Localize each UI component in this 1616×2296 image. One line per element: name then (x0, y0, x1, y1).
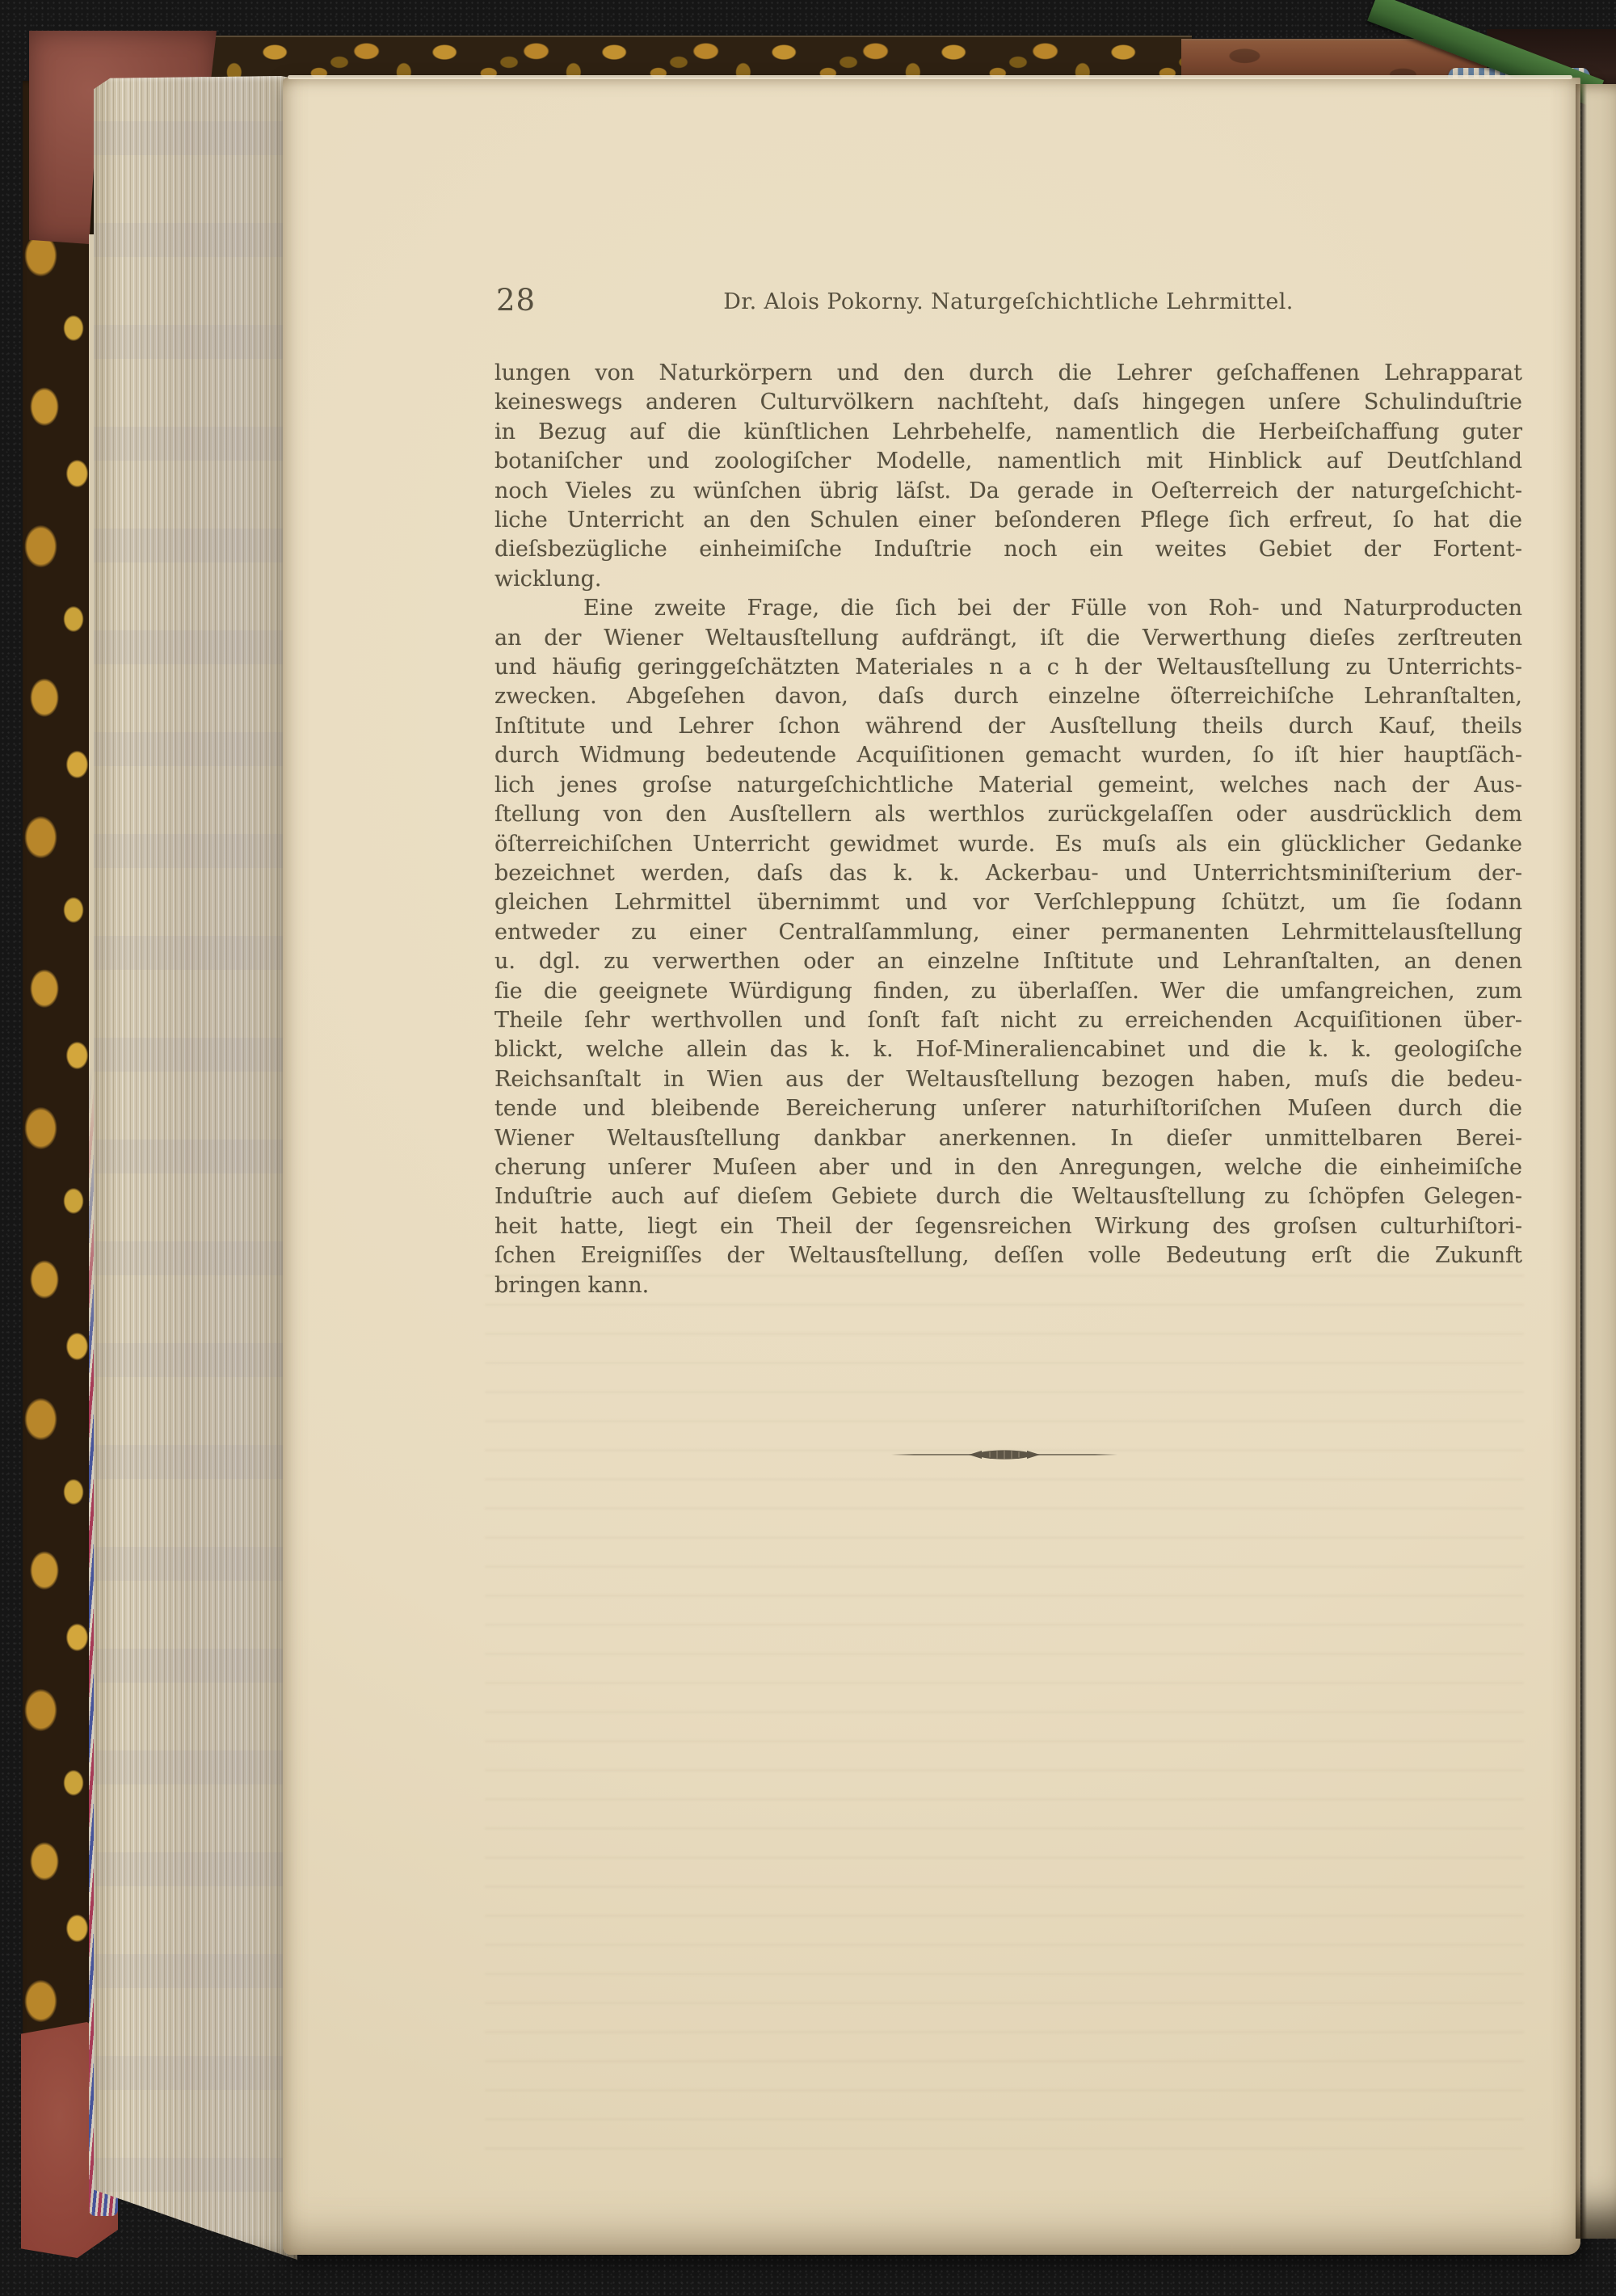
text-line: lungen von Naturkörpern und den durch di… (494, 359, 1522, 388)
text-line: Reichsanſtalt in Wien aus der Weltausſte… (494, 1065, 1522, 1094)
running-header: 28 Dr. Alois Pokorny. Naturgeſchichtlich… (494, 286, 1522, 322)
text-line: durch Widmung bedeutende Acquiſitionen g… (494, 741, 1522, 770)
text-line: entweder zu einer Centralſammlung, einer… (494, 918, 1522, 947)
text-line: liche Unterricht an den Schulen einer be… (494, 506, 1522, 535)
text-line: Wiener Weltausſtellung dankbar anerkenne… (494, 1124, 1522, 1153)
text-line: und häufig geringgeſchätzten Materiales … (494, 653, 1522, 682)
scanned-book-photograph: { "book": { "page_number": "28", "runnin… (0, 0, 1616, 2296)
text-line: Theile ſehr werthvollen und ſonſt faſt n… (494, 1006, 1522, 1035)
text-line: Inſtitute und Lehrer ſchon während der A… (494, 712, 1522, 741)
text-line: bringen kann. (494, 1271, 1522, 1300)
section-divider (891, 1445, 1117, 1464)
paragraph: lungen von Naturkörpern und den durch di… (494, 359, 1522, 594)
text-line: ſchen Ereigniſſes der Weltausſtellung, d… (494, 1241, 1522, 1270)
text-line: in Bezug auf die künſtlichen Lehrbehelfe… (494, 418, 1522, 447)
text-line: dieſsbezügliche einheimiſche Induſtrie n… (494, 535, 1522, 564)
text-line: cherung unſerer Muſeen aber und in den A… (494, 1153, 1522, 1182)
marbled-cover-left-edge (23, 81, 95, 2045)
text-line: blickt, welche allein das k. k. Hof-Mine… (494, 1035, 1522, 1064)
text-line: lich jenes groſse naturgeſchichtliche Ma… (494, 771, 1522, 800)
running-title: Dr. Alois Pokorny. Naturgeſchichtliche L… (494, 289, 1522, 314)
text-line: an der Wiener Weltausſtellung aufdrängt,… (494, 624, 1522, 653)
text-line: wicklung. (494, 565, 1522, 594)
text-line: u. dgl. zu verwerthen oder an einzelne I… (494, 947, 1522, 976)
showthrough-texture (485, 1258, 1524, 2150)
text-line: Induſtrie auch auf dieſem Gebiete durch … (494, 1182, 1522, 1211)
body-text: lungen von Naturkörpern und den durch di… (494, 359, 1522, 1300)
gutter-page-sliver (1576, 84, 1616, 2239)
text-line: gleichen Lehrmittel übernimmt und vor Ve… (494, 888, 1522, 917)
text-line: tende und bleibende Bereicherung unſerer… (494, 1094, 1522, 1123)
text-line: Eine zweite Frage, die ſich bei der Füll… (494, 594, 1522, 623)
book-page: 28 Dr. Alois Pokorny. Naturgeſchichtlich… (283, 78, 1580, 2255)
text-line: zwecken. Abgeſehen davon, daſs durch ein… (494, 682, 1522, 711)
text-line: noch Vieles zu wünſchen übrig läſst. Da … (494, 477, 1522, 506)
page-fore-edge-stack (94, 76, 297, 2260)
text-line: ſtellung von den Ausſtellern als werthlo… (494, 800, 1522, 829)
text-line: bezeichnet werden, daſs das k. k. Ackerb… (494, 859, 1522, 888)
text-line: botaniſcher und zoologiſcher Modelle, na… (494, 447, 1522, 476)
divider-ornament (891, 1445, 1117, 1464)
text-line: ſie die geeignete Würdigung finden, zu ü… (494, 977, 1522, 1006)
paragraph: Eine zweite Frage, die ſich bei der Füll… (494, 594, 1522, 1300)
text-line: öſterreichiſchen Unterricht gewidmet wur… (494, 830, 1522, 859)
text-line: keineswegs anderen Culturvölkern nachſte… (494, 388, 1522, 417)
text-line: heit hatte, liegt ein Theil der ſegensre… (494, 1212, 1522, 1241)
